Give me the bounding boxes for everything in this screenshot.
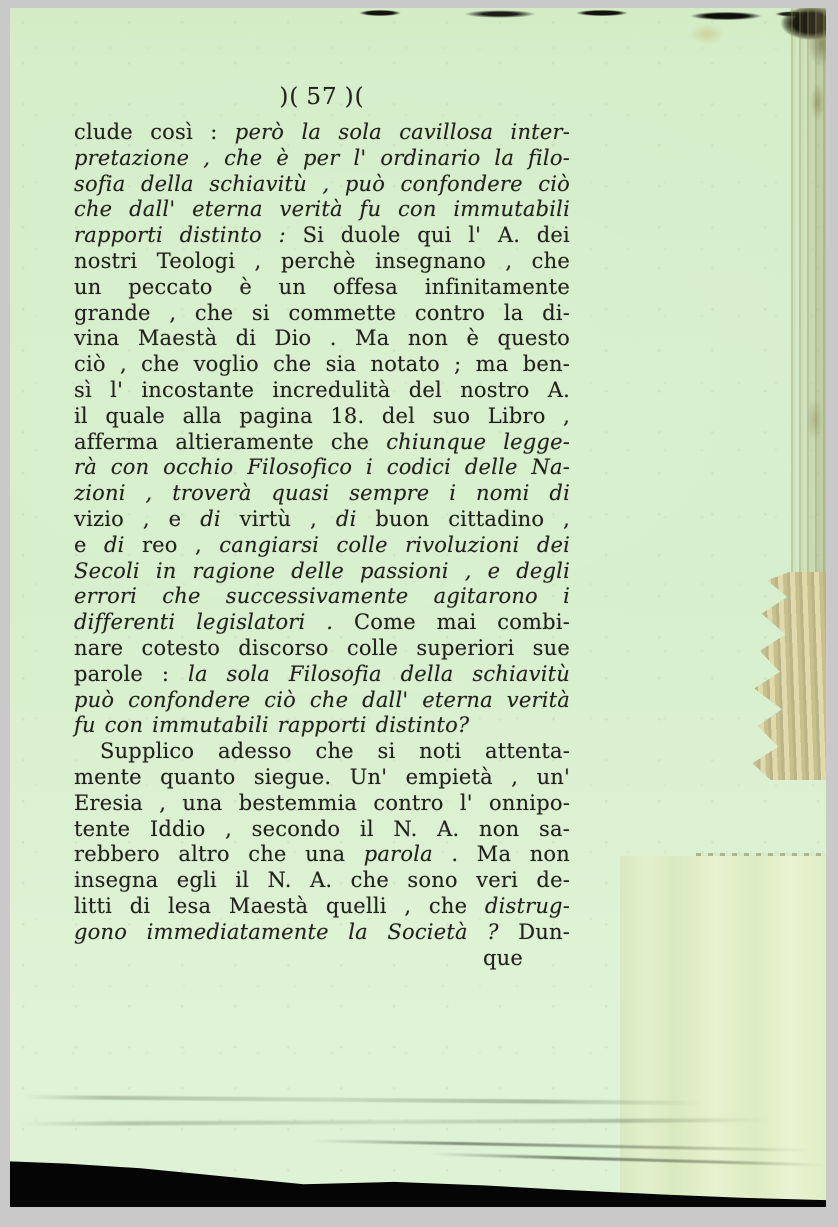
text-block: clude così : però la sola cavillosa inte… [74, 120, 570, 971]
roman-text-segment: Si duole qui l' A. dei [303, 223, 570, 247]
text-line: rapporti distinto : Si duole qui l' A. d… [74, 223, 570, 249]
catchword: que [483, 946, 570, 972]
italic-text-segment: sofia della schiavitù , può confondere c… [74, 172, 570, 196]
text-line: tente Iddio , secondo il N. A. non sa- [74, 817, 570, 843]
roman-text-segment: un peccato è un offesa infinitamente [74, 275, 570, 299]
roman-text-segment: litti di lesa Maestà quelli , che [74, 894, 485, 918]
text-line: pretazione , che è per l' ordinario la f… [74, 146, 570, 172]
roman-text-segment: tente Iddio , secondo il N. A. non sa- [74, 817, 570, 841]
text-line: mente quanto siegue. Un' empietà , un' [74, 765, 570, 791]
italic-text-segment: chiunque legge- [386, 430, 570, 454]
text-line: differenti legislatori . Come mai combi- [74, 610, 570, 636]
roman-text-segment: nostri Teologi , perchè insegnano , che [74, 249, 570, 273]
roman-text-segment: vina Maestà di Dio . Ma non è questo [74, 326, 570, 350]
roman-text-segment: Eresia , una bestemmia contro l' onnipo- [74, 791, 570, 815]
folio-ornament-left: )( [272, 84, 306, 110]
italic-text-segment: di [200, 507, 239, 531]
roman-text-segment: virtù , [240, 507, 336, 531]
italic-text-segment: può confondere ciò che dall' eterna veri… [74, 688, 570, 712]
top-edge-tan-smudge [682, 18, 732, 54]
roman-text-segment: nare cotesto discorso colle superiori su… [74, 636, 570, 660]
folio-ornament-right: )( [338, 84, 372, 110]
scanned-page: )(57)( clude così : però la sola cavillo… [10, 8, 826, 1207]
roman-text-segment: Supplico adesso che si noti attenta- [100, 739, 570, 763]
text-line: sì l' incostante incredulità del nostro … [74, 378, 570, 404]
italic-text-segment: di [104, 533, 142, 557]
roman-text-segment: parole : [74, 662, 188, 686]
italic-text-segment: gono immediatamente la Società ? [74, 920, 518, 944]
text-line: Eresia , una bestemmia contro l' onnipo- [74, 791, 570, 817]
text-line: un peccato è un offesa infinitamente [74, 275, 570, 301]
italic-text-segment: di [336, 507, 375, 531]
scanner-bed: { "scan": { "folio": { "left_ornament": … [0, 0, 838, 1227]
roman-text-segment: rebbero altro che una [74, 842, 364, 866]
text-line: parole : la sola Filosofia della schiavi… [74, 662, 570, 688]
text-line: il quale alla pagina 18. del suo Libro , [74, 404, 570, 430]
italic-text-segment: differenti legislatori . [74, 610, 354, 634]
roman-text-segment: . Ma non [451, 842, 570, 866]
text-line: fu con immutabili rapporti distinto? [74, 713, 570, 739]
italic-text-segment: cangiarsi colle rivoluzioni dei [219, 533, 570, 557]
italic-text-segment: Secoli in ragione delle passioni , e deg… [74, 559, 570, 583]
roman-text-segment: il quale alla pagina 18. del suo Libro , [74, 404, 570, 428]
italic-text-segment: rà con occhio Filosofico i codici delle … [74, 455, 570, 479]
roman-text-segment: buon cittadino , [375, 507, 570, 531]
roman-text-segment: insegna egli il N. A. che sono veri de- [74, 868, 570, 892]
text-line: gono immediatamente la Società ? Dun- [74, 920, 570, 946]
italic-text-segment: però la sola cavillosa inter- [235, 120, 570, 144]
page-curl-stripes [620, 856, 826, 1207]
italic-text-segment: che dall' eterna verità fu con immutabil… [74, 197, 570, 221]
text-line: zioni , troverà quasi sempre i nomi di [74, 481, 570, 507]
text-line: litti di lesa Maestà quelli , che distru… [74, 894, 570, 920]
text-line: che dall' eterna verità fu con immutabil… [74, 197, 570, 223]
italic-text-segment: distrug- [485, 894, 570, 918]
text-line: vizio , e di virtù , di buon cittadino , [74, 507, 570, 533]
roman-text-segment: clude così : [74, 120, 235, 144]
text-line: rà con occhio Filosofico i codici delle … [74, 455, 570, 481]
roman-text-segment: afferma altieramente che [74, 430, 386, 454]
italic-text-segment: errori che successivamente agitarono i [74, 584, 570, 608]
roman-text-segment: vizio , e [74, 507, 200, 531]
italic-text-segment: parola [364, 842, 452, 866]
roman-text-segment: grande , che si commette contro la di- [74, 301, 570, 325]
text-line: errori che successivamente agitarono i [74, 584, 570, 610]
roman-text-segment: sì l' incostante incredulità del nostro … [74, 378, 570, 402]
text-line: Secoli in ragione delle passioni , e deg… [74, 559, 570, 585]
text-line: può confondere ciò che dall' eterna veri… [74, 688, 570, 714]
page-header-folio: )(57)( [74, 84, 570, 110]
deckle-edge-fringe [788, 8, 826, 596]
text-line: vina Maestà di Dio . Ma non è questo [74, 326, 570, 352]
text-line: sofia della schiavitù , può confondere c… [74, 172, 570, 198]
text-line: nare cotesto discorso colle superiori su… [74, 636, 570, 662]
text-line: insegna egli il N. A. che sono veri de- [74, 868, 570, 894]
text-line: clude così : però la sola cavillosa inte… [74, 120, 570, 146]
roman-text-segment: Come mai combi- [354, 610, 570, 634]
top-edge-ink-streaks [340, 8, 826, 26]
italic-text-segment: la sola Filosofia della schiavitù [188, 662, 570, 686]
italic-text-segment: rapporti distinto : [74, 223, 303, 247]
roman-text-segment: ciò , che voglio che sia notato ; ma ben… [74, 352, 570, 376]
roman-text-segment: reo , [142, 533, 219, 557]
text-line: nostri Teologi , perchè insegnano , che [74, 249, 570, 275]
roman-text-segment: mente quanto siegue. Un' empietà , un' [74, 765, 570, 789]
text-line: Supplico adesso che si noti attenta- [74, 739, 570, 765]
italic-text-segment: fu con immutabili rapporti distinto? [74, 713, 469, 737]
folio-page-number: 57 [306, 84, 337, 110]
text-line: e di reo , cangiarsi colle rivoluzioni d… [74, 533, 570, 559]
text-line: rebbero altro che una parola . Ma non [74, 842, 570, 868]
text-line: grande , che si commette contro la di- [74, 301, 570, 327]
italic-text-segment: zioni , troverà quasi sempre i nomi di [74, 481, 570, 505]
roman-text-segment: e [74, 533, 104, 557]
text-line: ciò , che voglio che sia notato ; ma ben… [74, 352, 570, 378]
text-line: afferma altieramente che chiunque legge- [74, 430, 570, 456]
roman-text-segment: Dun- [518, 920, 570, 944]
italic-text-segment: pretazione , che è per l' ordinario la f… [74, 146, 570, 170]
